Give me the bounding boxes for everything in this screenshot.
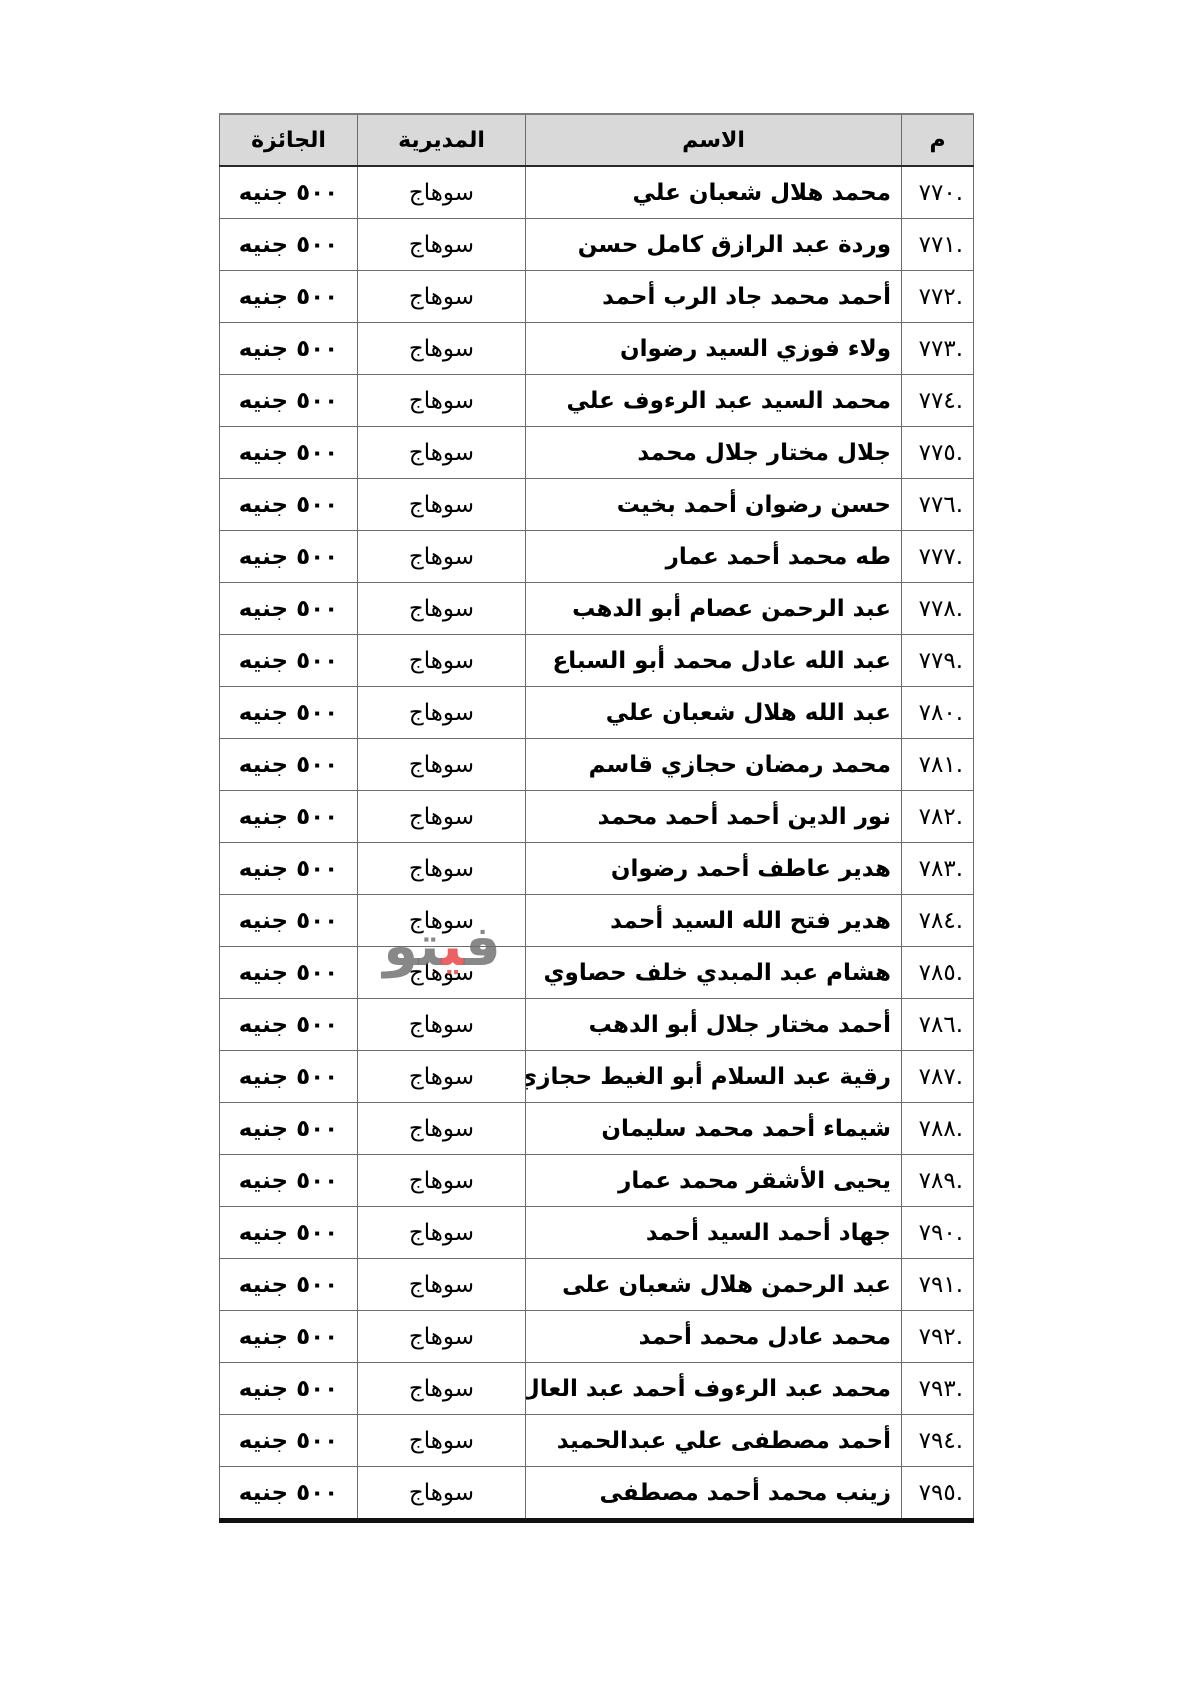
row-prize: ٥٠٠ جنيه bbox=[220, 1103, 358, 1155]
row-name: هدير عاطف أحمد رضوان bbox=[526, 843, 902, 895]
row-name: حسن رضوان أحمد بخيت bbox=[526, 479, 902, 531]
row-prize: ٥٠٠ جنيه bbox=[220, 427, 358, 479]
row-directorate: سوهاج bbox=[358, 1467, 526, 1521]
row-prize: ٥٠٠ جنيه bbox=[220, 323, 358, 375]
row-directorate: سوهاج bbox=[358, 583, 526, 635]
row-directorate: سوهاج bbox=[358, 1259, 526, 1311]
row-name: نور الدين أحمد أحمد محمد bbox=[526, 791, 902, 843]
row-number: .٧٨٩ bbox=[902, 1155, 974, 1207]
table-header-row: م الاسم المديرية الجائزة bbox=[220, 114, 974, 166]
row-prize: ٥٠٠ جنيه bbox=[220, 1363, 358, 1415]
table-row: .٧٨٣هدير عاطف أحمد رضوانسوهاج٥٠٠ جنيه bbox=[220, 843, 974, 895]
table-row: .٧٧٧طه محمد أحمد عمارسوهاج٥٠٠ جنيه bbox=[220, 531, 974, 583]
row-number: .٧٧٧ bbox=[902, 531, 974, 583]
header-number: م bbox=[902, 114, 974, 166]
table-row: .٧٧٣ولاء فوزي السيد رضوانسوهاج٥٠٠ جنيه bbox=[220, 323, 974, 375]
row-directorate: سوهاج bbox=[358, 531, 526, 583]
row-directorate: سوهاج bbox=[358, 166, 526, 219]
row-name: عبد الرحمن عصام أبو الدهب bbox=[526, 583, 902, 635]
row-name: وردة عبد الرازق كامل حسن bbox=[526, 219, 902, 271]
table-row: .٧٧٠محمد هلال شعبان عليسوهاج٥٠٠ جنيه bbox=[220, 166, 974, 219]
row-prize: ٥٠٠ جنيه bbox=[220, 791, 358, 843]
row-prize: ٥٠٠ جنيه bbox=[220, 1311, 358, 1363]
row-directorate: سوهاج bbox=[358, 323, 526, 375]
row-prize: ٥٠٠ جنيه bbox=[220, 479, 358, 531]
table-row: .٧٨٥هشام عبد المبدي خلف حصاويسوهاج٥٠٠ جن… bbox=[220, 947, 974, 999]
row-number: .٧٨٥ bbox=[902, 947, 974, 999]
table-row: .٧٨١محمد رمضان حجازي قاسمسوهاج٥٠٠ جنيه bbox=[220, 739, 974, 791]
table-row: .٧٨٦أحمد مختار جلال أبو الدهبسوهاج٥٠٠ جن… bbox=[220, 999, 974, 1051]
row-name: محمد عادل محمد أحمد bbox=[526, 1311, 902, 1363]
row-number: .٧٧١ bbox=[902, 219, 974, 271]
row-number: .٧٧٤ bbox=[902, 375, 974, 427]
row-directorate: سوهاج bbox=[358, 1103, 526, 1155]
row-directorate: سوهاج bbox=[358, 999, 526, 1051]
table-row: .٧٨٧رقية عبد السلام أبو الغيط حجازيسوهاج… bbox=[220, 1051, 974, 1103]
row-directorate: سوهاج bbox=[358, 791, 526, 843]
row-name: زينب محمد أحمد مصطفى bbox=[526, 1467, 902, 1521]
row-prize: ٥٠٠ جنيه bbox=[220, 219, 358, 271]
row-prize: ٥٠٠ جنيه bbox=[220, 271, 358, 323]
row-name: عبد الله هلال شعبان علي bbox=[526, 687, 902, 739]
table-row: .٧٨٤هدير فتح الله السيد أحمدسوهاج٥٠٠ جني… bbox=[220, 895, 974, 947]
row-number: .٧٩٣ bbox=[902, 1363, 974, 1415]
table-row: .٧٨٢نور الدين أحمد أحمد محمدسوهاج٥٠٠ جني… bbox=[220, 791, 974, 843]
row-number: .٧٨٦ bbox=[902, 999, 974, 1051]
row-prize: ٥٠٠ جنيه bbox=[220, 843, 358, 895]
row-prize: ٥٠٠ جنيه bbox=[220, 895, 358, 947]
table-row: .٧٩٤أحمد مصطفى علي عبدالحميدسوهاج٥٠٠ جني… bbox=[220, 1415, 974, 1467]
row-name: عبد الله عادل محمد أبو السباع bbox=[526, 635, 902, 687]
table-row: .٧٧٦حسن رضوان أحمد بخيتسوهاج٥٠٠ جنيه bbox=[220, 479, 974, 531]
header-prize: الجائزة bbox=[220, 114, 358, 166]
row-number: .٧٩٠ bbox=[902, 1207, 974, 1259]
row-directorate: سوهاج bbox=[358, 271, 526, 323]
row-directorate: سوهاج bbox=[358, 427, 526, 479]
table-row: .٧٩٥زينب محمد أحمد مصطفىسوهاج٥٠٠ جنيه bbox=[220, 1467, 974, 1521]
row-number: .٧٧٩ bbox=[902, 635, 974, 687]
row-directorate: سوهاج bbox=[358, 375, 526, 427]
row-name: طه محمد أحمد عمار bbox=[526, 531, 902, 583]
row-number: .٧٧٦ bbox=[902, 479, 974, 531]
row-directorate: سوهاج bbox=[358, 1051, 526, 1103]
row-number: .٧٧٠ bbox=[902, 166, 974, 219]
row-number: .٧٨٨ bbox=[902, 1103, 974, 1155]
header-directorate: المديرية bbox=[358, 114, 526, 166]
table-row: .٧٧٤محمد السيد عبد الرءوف عليسوهاج٥٠٠ جن… bbox=[220, 375, 974, 427]
table-row: .٧٩٣محمد عبد الرءوف أحمد عبد العالسوهاج٥… bbox=[220, 1363, 974, 1415]
row-number: .٧٨٤ bbox=[902, 895, 974, 947]
row-directorate: سوهاج bbox=[358, 479, 526, 531]
row-number: .٧٩١ bbox=[902, 1259, 974, 1311]
row-number: .٧٧٥ bbox=[902, 427, 974, 479]
row-prize: ٥٠٠ جنيه bbox=[220, 1467, 358, 1521]
table-row: .٧٧٩عبد الله عادل محمد أبو السباعسوهاج٥٠… bbox=[220, 635, 974, 687]
row-directorate: سوهاج bbox=[358, 1155, 526, 1207]
table-row: .٧٨٨شيماء أحمد محمد سليمانسوهاج٥٠٠ جنيه bbox=[220, 1103, 974, 1155]
row-name: ولاء فوزي السيد رضوان bbox=[526, 323, 902, 375]
table-body: .٧٧٠محمد هلال شعبان عليسوهاج٥٠٠ جنيه.٧٧١… bbox=[220, 166, 974, 1521]
row-prize: ٥٠٠ جنيه bbox=[220, 583, 358, 635]
row-number: .٧٨٠ bbox=[902, 687, 974, 739]
table-row: .٧٩٢محمد عادل محمد أحمدسوهاج٥٠٠ جنيه bbox=[220, 1311, 974, 1363]
row-prize: ٥٠٠ جنيه bbox=[220, 1207, 358, 1259]
row-prize: ٥٠٠ جنيه bbox=[220, 1259, 358, 1311]
table-row: .٧٨٠عبد الله هلال شعبان عليسوهاج٥٠٠ جنيه bbox=[220, 687, 974, 739]
row-number: .٧٩٤ bbox=[902, 1415, 974, 1467]
row-directorate: سوهاج bbox=[358, 843, 526, 895]
row-name: أحمد مختار جلال أبو الدهب bbox=[526, 999, 902, 1051]
row-number: .٧٧٣ bbox=[902, 323, 974, 375]
row-name: محمد عبد الرءوف أحمد عبد العال bbox=[526, 1363, 902, 1415]
row-name: رقية عبد السلام أبو الغيط حجازي bbox=[526, 1051, 902, 1103]
row-name: محمد رمضان حجازي قاسم bbox=[526, 739, 902, 791]
row-prize: ٥٠٠ جنيه bbox=[220, 1155, 358, 1207]
row-directorate: سوهاج bbox=[358, 1311, 526, 1363]
row-name: محمد السيد عبد الرءوف علي bbox=[526, 375, 902, 427]
row-name: هشام عبد المبدي خلف حصاوي bbox=[526, 947, 902, 999]
row-directorate: سوهاج bbox=[358, 895, 526, 947]
row-name: شيماء أحمد محمد سليمان bbox=[526, 1103, 902, 1155]
row-number: .٧٩٢ bbox=[902, 1311, 974, 1363]
row-name: جلال مختار جلال محمد bbox=[526, 427, 902, 479]
row-number: .٧٧٨ bbox=[902, 583, 974, 635]
row-name: أحمد مصطفى علي عبدالحميد bbox=[526, 1415, 902, 1467]
row-name: يحيى الأشقر محمد عمار bbox=[526, 1155, 902, 1207]
row-name: محمد هلال شعبان علي bbox=[526, 166, 902, 219]
row-directorate: سوهاج bbox=[358, 1363, 526, 1415]
row-name: عبد الرحمن هلال شعبان على bbox=[526, 1259, 902, 1311]
row-prize: ٥٠٠ جنيه bbox=[220, 999, 358, 1051]
table-row: .٧٩١عبد الرحمن هلال شعبان علىسوهاج٥٠٠ جن… bbox=[220, 1259, 974, 1311]
row-directorate: سوهاج bbox=[358, 1415, 526, 1467]
row-directorate: سوهاج bbox=[358, 635, 526, 687]
table-row: .٧٧٨عبد الرحمن عصام أبو الدهبسوهاج٥٠٠ جن… bbox=[220, 583, 974, 635]
row-prize: ٥٠٠ جنيه bbox=[220, 739, 358, 791]
table-row: .٧٩٠جهاد أحمد السيد أحمدسوهاج٥٠٠ جنيه bbox=[220, 1207, 974, 1259]
row-prize: ٥٠٠ جنيه bbox=[220, 947, 358, 999]
row-name: هدير فتح الله السيد أحمد bbox=[526, 895, 902, 947]
table-row: .٧٧٢أحمد محمد جاد الرب أحمدسوهاج٥٠٠ جنيه bbox=[220, 271, 974, 323]
row-number: .٧٨١ bbox=[902, 739, 974, 791]
row-name: جهاد أحمد السيد أحمد bbox=[526, 1207, 902, 1259]
table-row: .٧٧١وردة عبد الرازق كامل حسنسوهاج٥٠٠ جني… bbox=[220, 219, 974, 271]
header-name: الاسم bbox=[526, 114, 902, 166]
row-prize: ٥٠٠ جنيه bbox=[220, 635, 358, 687]
table-row: .٧٨٩يحيى الأشقر محمد عمارسوهاج٥٠٠ جنيه bbox=[220, 1155, 974, 1207]
row-prize: ٥٠٠ جنيه bbox=[220, 687, 358, 739]
document-page: م الاسم المديرية الجائزة .٧٧٠محمد هلال ش… bbox=[0, 0, 1191, 1685]
awards-table: م الاسم المديرية الجائزة .٧٧٠محمد هلال ش… bbox=[219, 113, 974, 1523]
row-number: .٧٩٥ bbox=[902, 1467, 974, 1521]
row-prize: ٥٠٠ جنيه bbox=[220, 1415, 358, 1467]
row-prize: ٥٠٠ جنيه bbox=[220, 375, 358, 427]
row-directorate: سوهاج bbox=[358, 739, 526, 791]
row-prize: ٥٠٠ جنيه bbox=[220, 166, 358, 219]
row-directorate: سوهاج bbox=[358, 219, 526, 271]
row-name: أحمد محمد جاد الرب أحمد bbox=[526, 271, 902, 323]
row-directorate: سوهاج bbox=[358, 687, 526, 739]
row-directorate: سوهاج bbox=[358, 1207, 526, 1259]
table-row: .٧٧٥جلال مختار جلال محمدسوهاج٥٠٠ جنيه bbox=[220, 427, 974, 479]
row-directorate: سوهاج bbox=[358, 947, 526, 999]
row-prize: ٥٠٠ جنيه bbox=[220, 531, 358, 583]
row-prize: ٥٠٠ جنيه bbox=[220, 1051, 358, 1103]
row-number: .٧٨٣ bbox=[902, 843, 974, 895]
row-number: .٧٧٢ bbox=[902, 271, 974, 323]
row-number: .٧٨٢ bbox=[902, 791, 974, 843]
row-number: .٧٨٧ bbox=[902, 1051, 974, 1103]
